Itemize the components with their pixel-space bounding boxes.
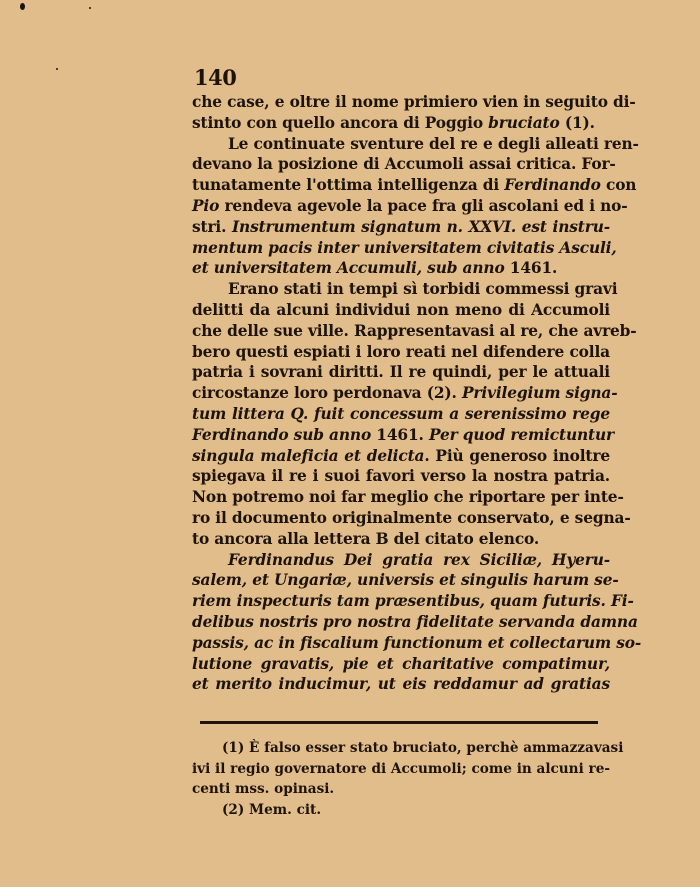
ink-speck xyxy=(56,68,58,70)
body-text: che case, e oltre il nome primiero vien … xyxy=(192,92,610,695)
italic-text: passis, ac in fiscalium functionum et co… xyxy=(192,634,641,652)
text-line: mentum pacis inter universitatem civitat… xyxy=(192,238,610,259)
text-line: lutione gravatis, pie et charitative com… xyxy=(192,654,610,675)
roman-text: (1). xyxy=(560,114,595,132)
italic-text: et merito inducimur, ut eis reddamur ad … xyxy=(192,675,610,693)
roman-text: stinto con quello ancora di Poggio xyxy=(192,114,488,132)
roman-text: rendeva agevole la pace fra gli ascolani… xyxy=(219,197,627,215)
text-line: che delle sue ville. Rappresentavasi al … xyxy=(192,321,610,342)
text-line: passis, ac in fiscalium functionum et co… xyxy=(192,633,610,654)
roman-text: Non potremo noi far meglio che riportare… xyxy=(192,488,624,506)
text-line: Pio rendeva agevole la pace fra gli asco… xyxy=(192,196,610,217)
text-line: tum littera Q. fuit concessum a sereniss… xyxy=(192,404,610,425)
text-line: et merito inducimur, ut eis reddamur ad … xyxy=(192,674,610,695)
italic-text: Per quod remictuntur xyxy=(429,426,614,444)
text-line: delibus nostris pro nostra fidelitate se… xyxy=(192,612,610,633)
italic-text: bruciato xyxy=(488,114,559,132)
text-line: Non potremo noi far meglio che riportare… xyxy=(192,487,610,508)
italic-text: mentum pacis inter universitatem civitat… xyxy=(192,239,617,257)
italic-text: Pio xyxy=(192,197,219,215)
footnote-line: (1) È falso esser stato bruciato, perchè… xyxy=(192,738,610,759)
italic-text: lutione gravatis, pie et charitative com… xyxy=(192,655,610,673)
footnote-line: (2) Mem. cit. xyxy=(192,800,610,821)
ink-speck xyxy=(89,7,91,9)
italic-text: riem inspecturis tam præsentibus, quam f… xyxy=(192,592,634,610)
roman-text: che delle sue ville. Rappresentavasi al … xyxy=(192,322,637,340)
italic-text: salem, et Ungariæ, universis et singulis… xyxy=(192,571,619,589)
text-line: Ferdinandus Dei gratia rex Siciliæ, Hyer… xyxy=(192,550,610,571)
text-line: Ferdinando sub anno 1461. Per quod remic… xyxy=(192,425,610,446)
footnote-line: centi mss. opinasi. xyxy=(192,779,610,800)
page-number: 140 xyxy=(194,64,610,92)
roman-text: tunatamente l'ottima intelligenza di xyxy=(192,176,504,194)
text-line: riem inspecturis tam præsentibus, quam f… xyxy=(192,591,610,612)
roman-text: Erano stati in tempi sì torbidi commessi… xyxy=(228,280,617,298)
footnotes: (1) È falso esser stato bruciato, perchè… xyxy=(192,738,610,820)
text-line: et universitatem Accumuli, sub anno 1461… xyxy=(192,258,610,279)
text-line: tunatamente l'ottima intelligenza di Fer… xyxy=(192,175,610,196)
roman-text: con xyxy=(601,176,637,194)
text-line: devano la posizione di Accumoli assai cr… xyxy=(192,154,610,175)
text-line: singula maleficia et delicta. Più genero… xyxy=(192,446,610,467)
roman-text: . Più generoso inoltre xyxy=(424,447,610,465)
text-line: stri. Instrumentum signatum n. XXVI. est… xyxy=(192,217,610,238)
roman-text: 1461. xyxy=(510,259,557,277)
roman-text: 1461. xyxy=(376,426,429,444)
italic-text: et universitatem Accumuli, sub anno xyxy=(192,259,510,277)
text-line: delitti da alcuni individui non meno di … xyxy=(192,300,610,321)
ink-speck xyxy=(20,3,25,10)
text-line: circostanze loro perdonava (2). Privileg… xyxy=(192,383,610,404)
italic-text: Ferdinando xyxy=(504,176,600,194)
text-line: salem, et Ungariæ, universis et singulis… xyxy=(192,570,610,591)
text-line: Erano stati in tempi sì torbidi commessi… xyxy=(192,279,610,300)
roman-text: bero questi espiati i loro reati nel dif… xyxy=(192,343,610,361)
text-line: to ancora alla lettera B del citato elen… xyxy=(192,529,610,550)
text-line: Le continuate sventure del re e degli al… xyxy=(192,134,610,155)
footnote-separator-rule xyxy=(200,721,598,724)
roman-text: stri. xyxy=(192,218,232,236)
italic-text: delibus nostris pro nostra fidelitate se… xyxy=(192,613,638,631)
roman-text: che case, e oltre il nome primiero vien … xyxy=(192,93,636,111)
text-line: bero questi espiati i loro reati nel dif… xyxy=(192,342,610,363)
italic-text: Instrumentum signatum n. XXVI. est instr… xyxy=(232,218,610,236)
italic-text: singula maleficia et delicta xyxy=(192,447,424,465)
roman-text: ro il documento originalmente conservato… xyxy=(192,509,631,527)
roman-text: Le continuate sventure del re e degli al… xyxy=(228,135,639,153)
book-page: 140 che case, e oltre il nome primiero v… xyxy=(192,64,610,820)
text-line: spiegava il re i suoi favori verso la no… xyxy=(192,466,610,487)
italic-text: tum littera Q. fuit concessum a sereniss… xyxy=(192,405,610,423)
italic-text: Privilegium signa- xyxy=(462,384,618,402)
italic-text: Ferdinandus Dei gratia rex Siciliæ, Hyer… xyxy=(228,551,610,569)
footnote-line: ivi il regio governatore di Accumoli; co… xyxy=(192,759,610,780)
roman-text: devano la posizione di Accumoli assai cr… xyxy=(192,155,616,173)
roman-text: to ancora alla lettera B del citato elen… xyxy=(192,530,539,548)
italic-text: Ferdinando sub anno xyxy=(192,426,376,444)
text-line: patria i sovrani diritti. Il re quindi, … xyxy=(192,362,610,383)
text-line: che case, e oltre il nome primiero vien … xyxy=(192,92,610,113)
text-line: stinto con quello ancora di Poggio bruci… xyxy=(192,113,610,134)
text-line: ro il documento originalmente conservato… xyxy=(192,508,610,529)
roman-text: delitti da alcuni individui non meno di … xyxy=(192,301,610,319)
roman-text: patria i sovrani diritti. Il re quindi, … xyxy=(192,363,610,381)
roman-text: circostanze loro perdonava (2). xyxy=(192,384,462,402)
roman-text: spiegava il re i suoi favori verso la no… xyxy=(192,467,610,485)
